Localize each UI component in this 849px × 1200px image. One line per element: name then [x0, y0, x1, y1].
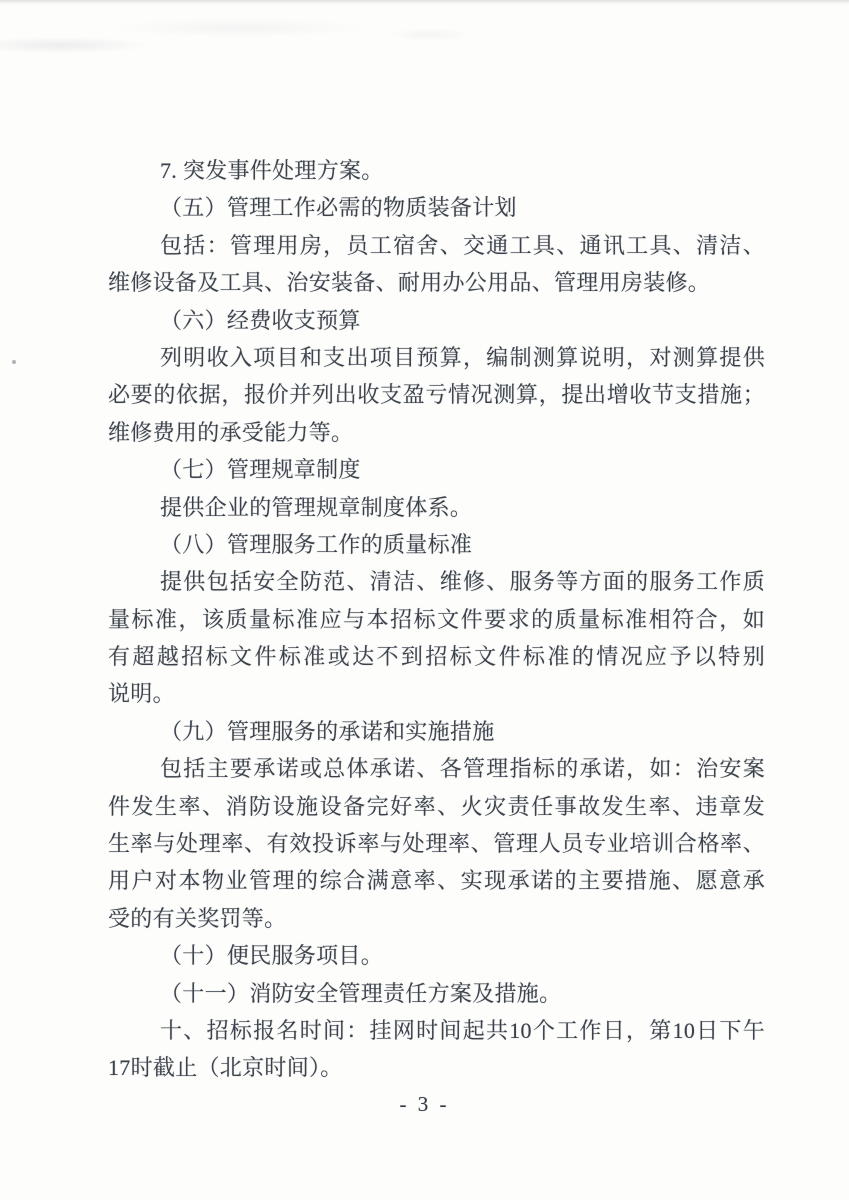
text-line: 列明收入项目和支出项目预算，编制测算说明，对测算提供 — [108, 339, 765, 376]
text-line: （六）经费收支预算 — [108, 302, 765, 339]
text-line: （七）管理规章制度 — [108, 451, 765, 488]
text-line: 说明。 — [108, 675, 765, 712]
text-line: 提供企业的管理规章制度体系。 — [108, 489, 765, 526]
scanned-document-page: 7. 突发事件处理方案。 （五）管理工作必需的物质装备计划 包括：管理用房，员工… — [0, 0, 849, 1200]
scan-smudge-artifact — [0, 14, 540, 60]
text-line: 维修设备及工具、治安装备、耐用办公用品、管理用房装修。 — [108, 264, 765, 301]
text-line: 件发生率、消防设施设备完好率、火灾责任事故发生率、违章发 — [108, 788, 765, 825]
text-line: 用户对本物业管理的综合满意率、实现承诺的主要措施、愿意承 — [108, 862, 765, 899]
text-line: 提供包括安全防范、清洁、维修、服务等方面的服务工作质 — [108, 563, 765, 600]
text-line: （九）管理服务的承诺和实施措施 — [108, 713, 765, 750]
text-line: 必要的依据，报价并列出收支盈亏情况测算，提出增收节支措施； — [108, 376, 765, 413]
text-line: （十）便民服务项目。 — [108, 937, 765, 974]
page-number: - 3 - — [0, 1090, 849, 1118]
text-line: 生率与处理率、有效投诉率与处理率、管理人员专业培训合格率、 — [108, 825, 765, 862]
text-line: （五）管理工作必需的物质装备计划 — [108, 189, 765, 226]
document-text-block: 7. 突发事件处理方案。 （五）管理工作必需的物质装备计划 包括：管理用房，员工… — [108, 152, 765, 1087]
scan-speck-artifact — [12, 360, 16, 364]
text-line: 包括：管理用房，员工宿舍、交通工具、通讯工具、清洁、 — [108, 227, 765, 264]
text-line: 十、招标报名时间：挂网时间起共10个工作日，第10日下午 — [108, 1012, 765, 1049]
text-line: 7. 突发事件处理方案。 — [108, 152, 765, 189]
text-line: （八）管理服务工作的质量标准 — [108, 526, 765, 563]
text-line: 有超越招标文件标准或达不到招标文件标准的情况应予以特别 — [108, 638, 765, 675]
text-line: 受的有关奖罚等。 — [108, 900, 765, 937]
text-line: （十一）消防安全管理责任方案及措施。 — [108, 975, 765, 1012]
text-line: 量标准，该质量标准应与本招标文件要求的质量标准相符合，如 — [108, 601, 765, 638]
text-line: 包括主要承诺或总体承诺、各管理指标的承诺，如：治安案 — [108, 750, 765, 787]
scan-edge-artifact — [0, 0, 849, 5]
text-line: 维修费用的承受能力等。 — [108, 414, 765, 451]
text-line: 17时截止（北京时间）。 — [108, 1049, 765, 1086]
